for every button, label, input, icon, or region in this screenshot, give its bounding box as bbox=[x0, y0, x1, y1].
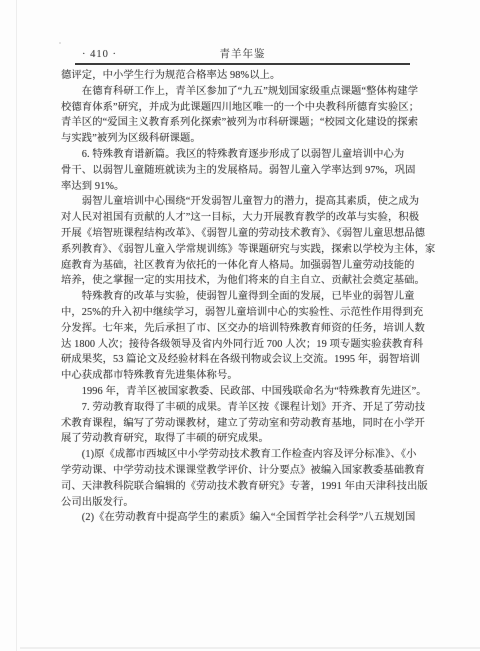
text-line: 与实践”被列为区级科研课题。 bbox=[61, 131, 425, 147]
text-line: 研成果奖，53 篇论文及经验材料在各级刊物或会议上交流。1995 年，弱智培训 bbox=[61, 352, 425, 368]
text-line: 7. 劳动教育取得了丰硕的成果。青羊区按《课程计划》开齐、开足了劳动技 bbox=[61, 400, 425, 416]
text-line: 分发挥。七年来，先后承担了市、区交办的培训特殊教育师资的任务，培训人数 bbox=[61, 321, 425, 337]
text-line: (2)《在劳动教育中提高学生的素质》编入“全国哲学社会科学”八五规划国 bbox=[61, 510, 425, 526]
text-line: 展了劳动教育研究，取得了丰硕的研究成果。 bbox=[61, 431, 425, 447]
scan-bottom-edge bbox=[20, 647, 480, 649]
text-line: 对人民对祖国有贡献的人才”这一目标，大力开展教育教学的改革与实验，积极 bbox=[61, 210, 425, 226]
text-line: 公司出版发行。 bbox=[61, 495, 425, 511]
text-line: 德评定，中小学生行为规范合格率达 98%以上。 bbox=[61, 68, 425, 84]
body-text: 德评定，中小学生行为规范合格率达 98%以上。 在德育科研工作上，青羊区参加了“… bbox=[61, 68, 425, 526]
text-line: 达 1800 人次；接待各级领导及省内外同行近 700 人次；19 项专题实验获… bbox=[61, 337, 425, 353]
text-line: 培养，使之掌握一定的实用技术，为他们将来的自主自立、贡献社会奠定基础。 bbox=[61, 273, 425, 289]
text-line: 庭教育为基础，社区教育为依托的一体化育人格局。加强弱智儿童劳动技能的 bbox=[61, 258, 425, 274]
text-line: 中心获成都市特殊教育先进集体称号。 bbox=[61, 368, 425, 384]
text-line: 6. 特殊教育谱新篇。我区的特殊教育逐步形成了以弱智儿童培训中心为 bbox=[61, 147, 425, 163]
text-line: 率达到 91%。 bbox=[61, 179, 425, 195]
text-line: 青羊区的“爱国主义教育系列化探索”被列为市科研课题；“校园文化建设的探索 bbox=[61, 115, 425, 131]
scanned-page: · 410 · 青羊年鉴 德评定，中小学生行为规范合格率达 98%以上。 在德育… bbox=[0, 0, 480, 651]
text-line: 1996 年，青羊区被国家教委、民政部、中国残联命名为“特殊教育先进区”。 bbox=[61, 384, 425, 400]
text-line: 术教育课程，编写了劳动课教材，建立了劳动室和劳动教育基地，同时在小学开 bbox=[61, 416, 425, 432]
text-line: 学劳动课、中学劳动技术课课堂教学评价、计分要点》被编入国家教委基础教育 bbox=[61, 463, 425, 479]
text-line: 特殊教育的改革与实验，使弱智儿童得到全面的发展，已毕业的弱智儿童 bbox=[61, 289, 425, 305]
header-rule bbox=[75, 63, 410, 65]
text-line: 弱智儿童培训中心围绕“开发弱智儿童智力的潜力，提高其素质，使之成为 bbox=[61, 194, 425, 210]
text-line: (1)原《成都市西城区中小学劳动技术教育工作检查内容及评分标准》、《小 bbox=[61, 447, 425, 463]
text-line: 骨干、以弱智儿童随班就读为主的发展格局。弱智儿童入学率达到 97%，巩固 bbox=[61, 163, 425, 179]
text-line: 系列教育》、《弱智儿童入学常规训练》等课题研究与实践，探索以学校为主体，家 bbox=[61, 242, 425, 258]
text-line: 开展《培智班课程结构改革》、《弱智儿童的劳动技术教育》、《弱智儿童思想品德 bbox=[61, 226, 425, 242]
text-line: 校德育体系”研究，并成为此课题四川地区唯一的一个中央教科所德育实验区； bbox=[61, 100, 425, 116]
scan-speck bbox=[59, 42, 61, 44]
scan-left-edge bbox=[16, 0, 17, 651]
text-line: 在德育科研工作上，青羊区参加了“九五”规划国家级重点课题“整体构建学 bbox=[61, 84, 425, 100]
text-line: 中，25%的升入初中继续学习，弱智儿童培训中心的实验性、示范性作用得到充 bbox=[61, 305, 425, 321]
page-header: · 410 · 青羊年鉴 bbox=[75, 47, 410, 63]
text-line: 司、天津教科院联合编辑的《劳动技术教育研究》专著，1991 年由天津科技出版 bbox=[61, 479, 425, 495]
journal-title: 青羊年鉴 bbox=[75, 47, 410, 63]
